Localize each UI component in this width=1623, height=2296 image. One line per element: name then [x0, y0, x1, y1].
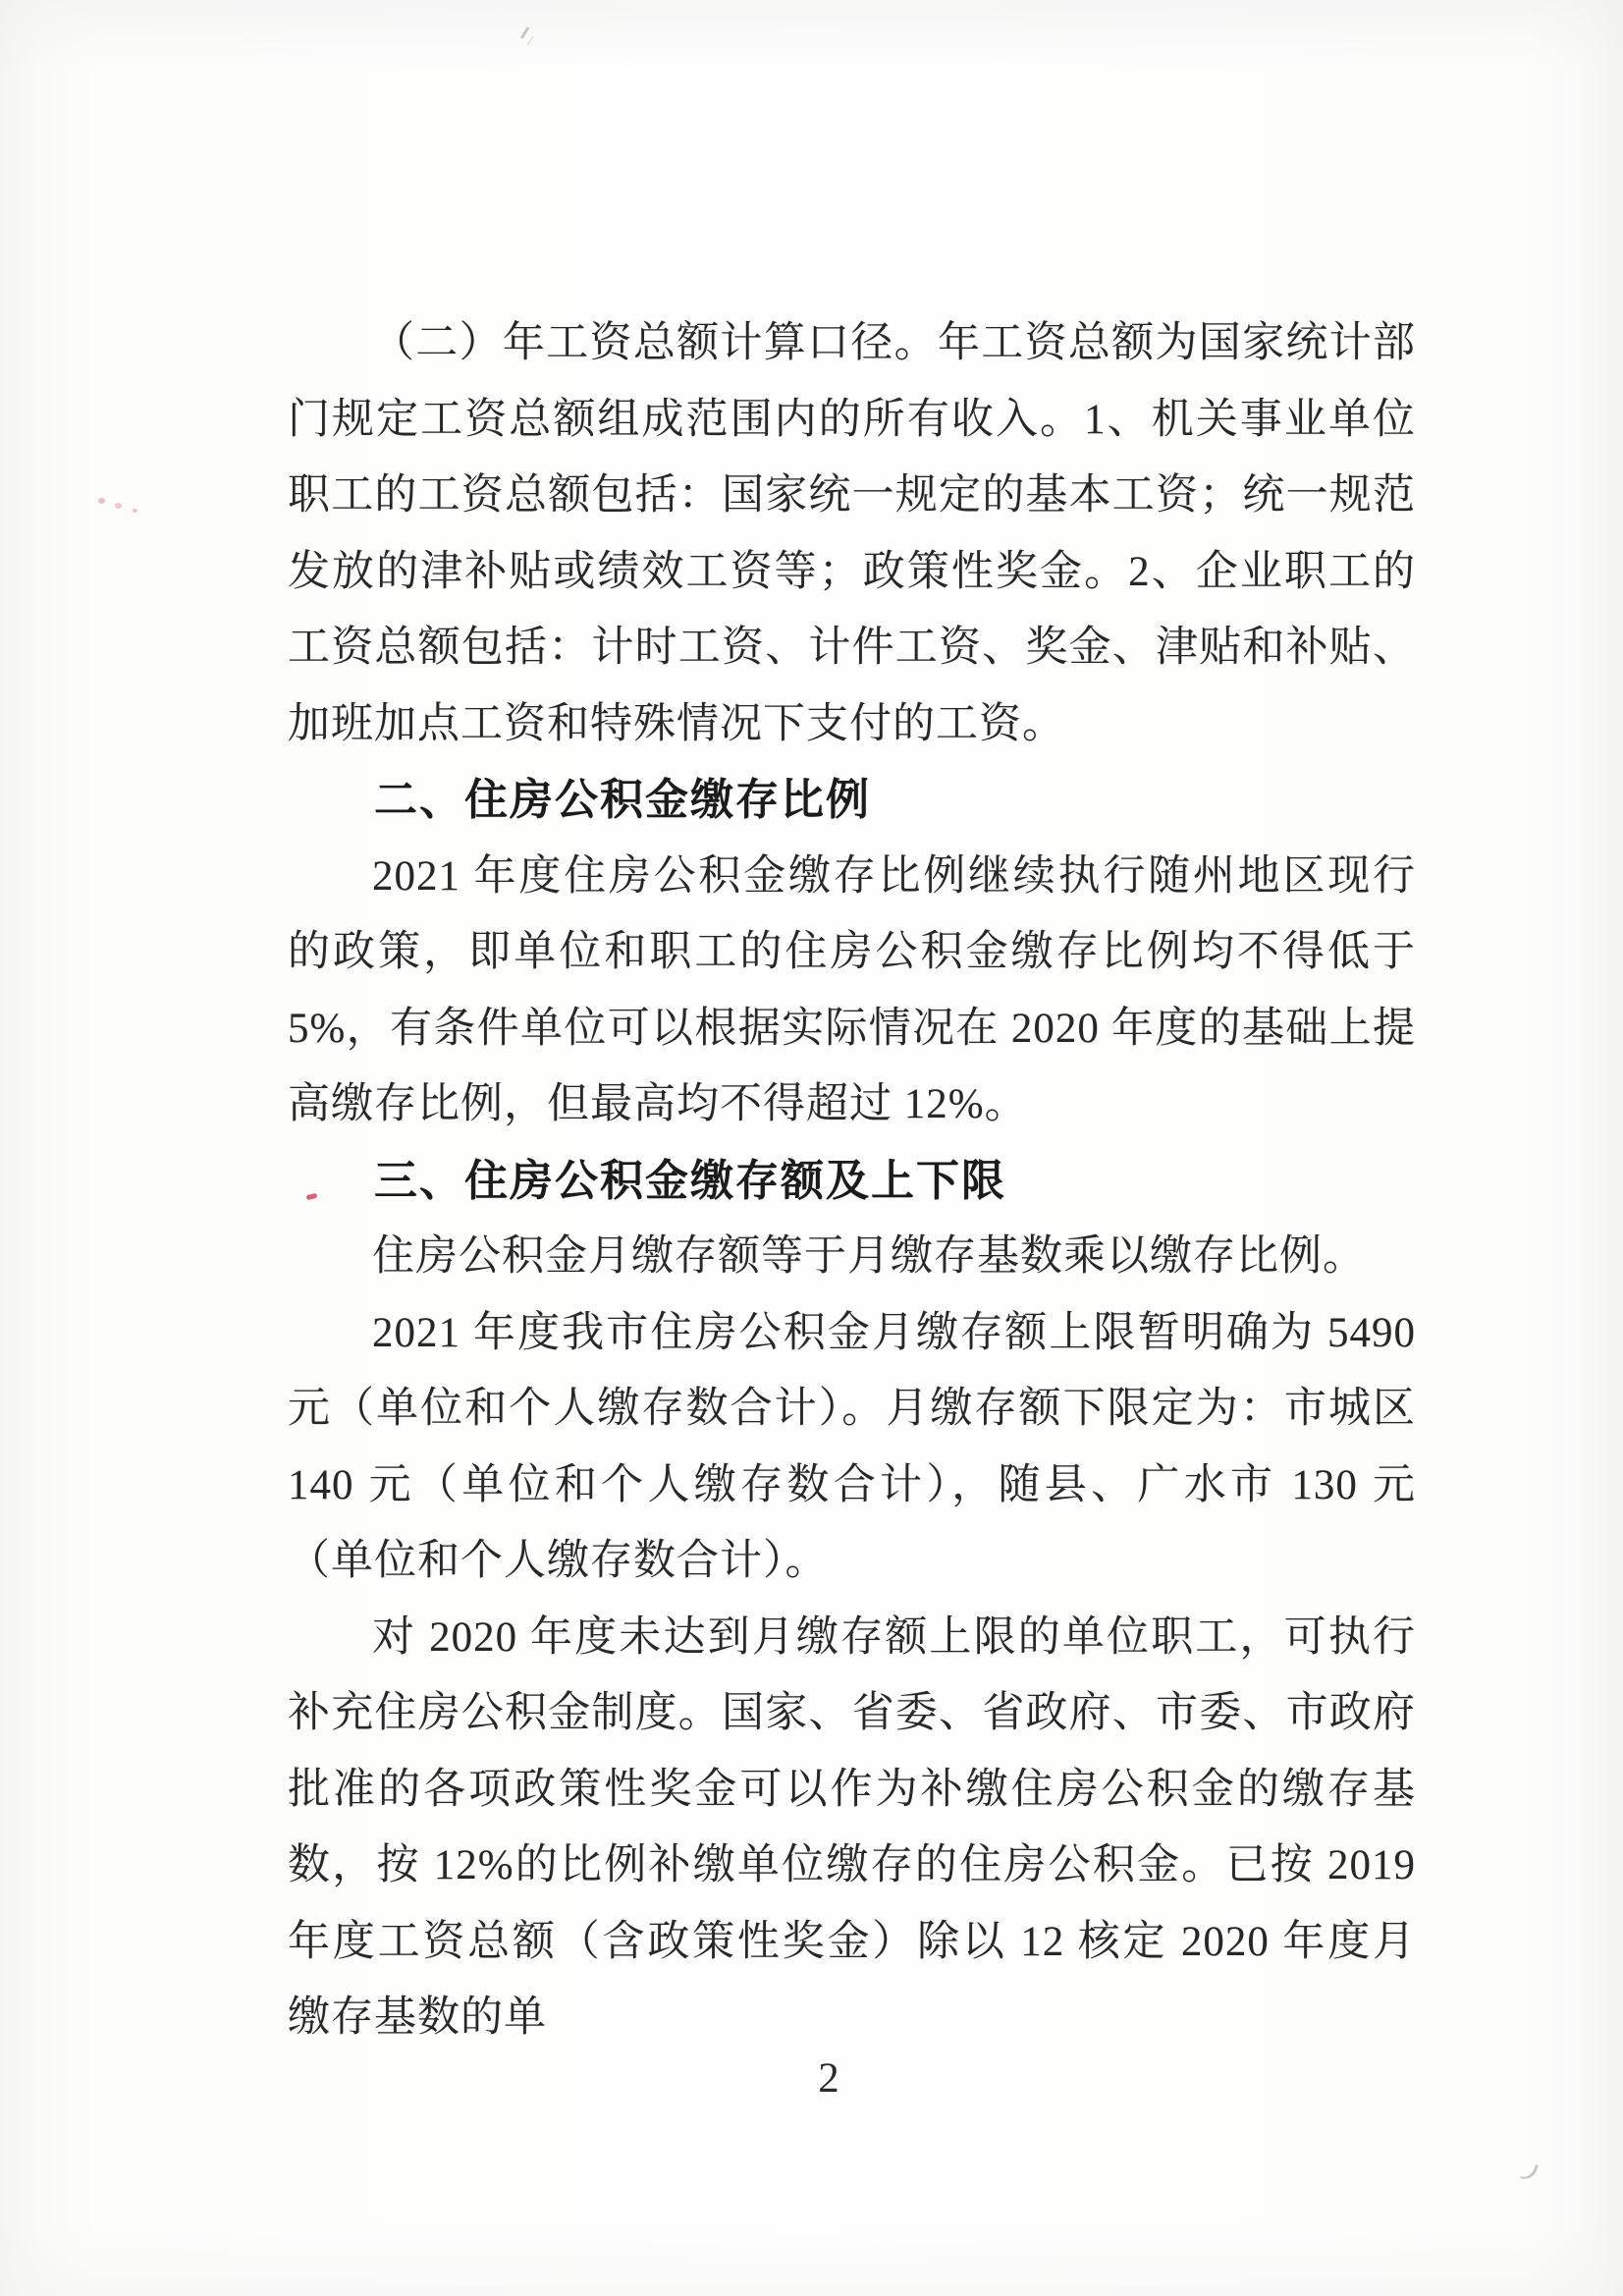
document-page: （二）年工资总额计算口径。年工资总额为国家统计部门规定工资总额组成范围内的所有收… [0, 0, 1623, 2296]
section-heading-deposit-ratio: 二、住房公积金缴存比例 [288, 762, 1416, 839]
paragraph-deposit-ratio-policy: 2021 年度住房公积金缴存比例继续执行随州地区现行的政策，即单位和职工的住房公… [288, 839, 1416, 1143]
paragraph-supplementary-fund: 对 2020 年度未达到月缴存额上限的单位职工，可执行补充住房公积金制度。国家、… [288, 1600, 1416, 2056]
page-number: 2 [808, 2052, 849, 2105]
paragraph-wage-total-definition: （二）年工资总额计算口径。年工资总额为国家统计部门规定工资总额组成范围内的所有收… [288, 305, 1416, 762]
paragraph-monthly-deposit-formula: 住房公积金月缴存额等于月缴存基数乘以缴存比例。 [288, 1219, 1416, 1295]
paragraph-deposit-upper-lower-limits: 2021 年度我市住房公积金月缴存额上限暂明确为 5490 元（单位和个人缴存数… [288, 1295, 1416, 1600]
scan-speck-bottom-right [1520, 2160, 1539, 2182]
scan-speck-pink-left [98, 498, 105, 504]
document-body: （二）年工资总额计算口径。年工资总额为国家统计部门规定工资总额组成范围内的所有收… [288, 305, 1416, 2056]
section-heading-deposit-limits: 三、住房公积金缴存额及上下限 [288, 1143, 1416, 1220]
scan-speck-top [520, 27, 529, 39]
